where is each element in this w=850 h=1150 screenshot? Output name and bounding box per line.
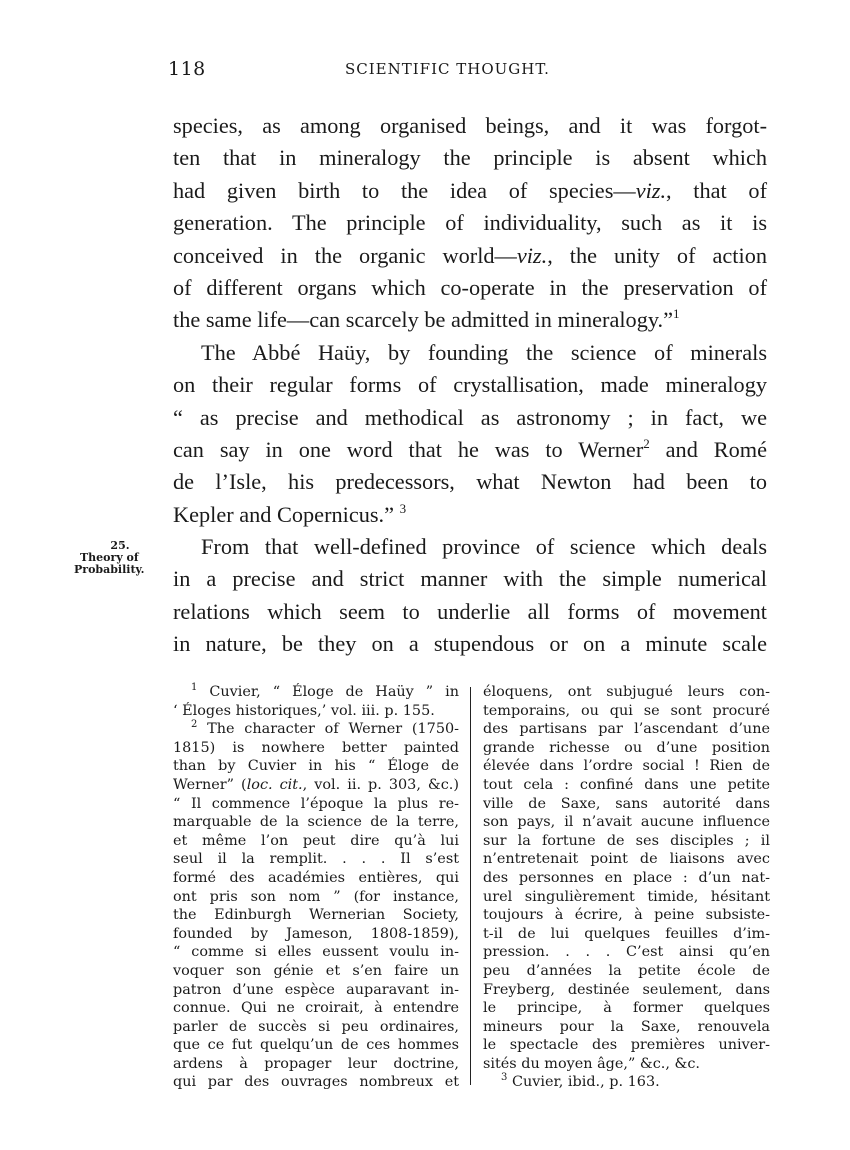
footnote-line: than by Cuvier in his “ Éloge de	[173, 757, 459, 776]
footnote-line: son pays, il n’avait aucune influence	[483, 813, 770, 832]
footnote-line: Werner” (loc. cit., vol. ii. p. 303, &c.…	[173, 776, 459, 795]
footnote-line: seul il la remplit. . . . Il s’est	[173, 850, 459, 869]
marginal-note: 25. Theory of Probability.	[70, 540, 170, 576]
footnote-line: pression. . . . C’est ainsi qu’en	[483, 943, 770, 962]
footnote-line: urel singulièrement timide, hésitant	[483, 888, 770, 907]
footnote-line: ‘ Éloges historiques,’ vol. iii. p. 155.	[173, 702, 459, 721]
text-line: Kepler and Copernicus.” 3	[173, 499, 767, 531]
footnote-line: 3 Cuvier, ibid., p. 163.	[483, 1073, 770, 1092]
text-line: conceived in the organic world—viz., the…	[173, 240, 767, 272]
text-line: generation. The principle of individuali…	[173, 207, 767, 239]
footnotes-right-column: éloquens, ont subjugué leurs con- tempor…	[483, 683, 770, 1092]
footnote-line: voquer son génie et s’en faire un	[173, 962, 459, 981]
text-line: From that well-defined province of scien…	[173, 531, 767, 563]
footnote-line: temporains, ou qui se sont procuré	[483, 702, 770, 721]
footnote-line: ont pris son nom ” (for instance,	[173, 888, 459, 907]
footnote-line: Freyberg, destinée seulement, dans	[483, 981, 770, 1000]
footnote-line: ville de Saxe, sans autorité dans	[483, 795, 770, 814]
text-line: species, as among organised beings, and …	[173, 110, 767, 142]
text-line: The Abbé Haüy, by founding the science o…	[173, 337, 767, 369]
text-line: in a precise and strict manner with the …	[173, 563, 767, 595]
text-line: had given birth to the idea of species—v…	[173, 175, 767, 207]
footnote-line: the Edinburgh Wernerian Society,	[173, 906, 459, 925]
main-text: species, as among organised beings, and …	[173, 110, 767, 661]
column-divider	[470, 687, 471, 1085]
text-line: relations which seem to underlie all for…	[173, 596, 767, 628]
footnote-line: connue. Qui ne croirait, à entendre	[173, 999, 459, 1018]
footnote-line: des personnes en place : d’un nat-	[483, 869, 770, 888]
footnote-line: sités du moyen âge,” &c., &c.	[483, 1055, 770, 1074]
footnote-line: des partisans par l’ascendant d’une	[483, 720, 770, 739]
footnote-line: formé des académies entières, qui	[173, 869, 459, 888]
footnote-line: qui par des ouvrages nombreux et	[173, 1073, 459, 1092]
text-line: in nature, be they on a stupendous or on…	[173, 628, 767, 660]
footnote-line: 1 Cuvier, “ Éloge de Haüy ” in	[173, 683, 459, 702]
footnote-line: tout cela : confiné dans une petite	[483, 776, 770, 795]
footnote-line: “ comme si elles eussent voulu in-	[173, 943, 459, 962]
footnote-ref-1[interactable]: 1	[673, 306, 680, 321]
footnote-line: mineurs pour la Saxe, renouvela	[483, 1018, 770, 1037]
footnote-line: le spectacle des premières univer-	[483, 1036, 770, 1055]
footnote-line: élevée dans l’ordre social ! Rien de	[483, 757, 770, 776]
footnote-line: patron d’une espèce auparavant in-	[173, 981, 459, 1000]
footnote-line: “ Il commence l’époque la plus re-	[173, 795, 459, 814]
footnote-line: sur la fortune de ses disciples ; il	[483, 832, 770, 851]
footnote-line: 2 The character of Werner (1750-	[173, 720, 459, 739]
text-line: of different organs which co-operate in …	[173, 272, 767, 304]
footnote-line: marquable de la science de la terre,	[173, 813, 459, 832]
text-line: ten that in mineralogy the principle is …	[173, 142, 767, 174]
footnote-line: que ce fut quelqu’un de ces hommes	[173, 1036, 459, 1055]
footnote-line: parler de succès si peu ordinaires,	[173, 1018, 459, 1037]
text-line: can say in one word that he was to Werne…	[173, 434, 767, 466]
footnote-ref-3[interactable]: 3	[400, 501, 407, 516]
footnote-line: éloquens, ont subjugué leurs con-	[483, 683, 770, 702]
text-line: the same life—can scarcely be admitted i…	[173, 304, 767, 336]
footnote-line: toujours à écrire, à peine subsiste-	[483, 906, 770, 925]
footnote-line: et même l’on peut dire qu’à lui	[173, 832, 459, 851]
text-line: de l’Isle, his predecessors, what Newton…	[173, 466, 767, 498]
footnote-line: 1815) is nowhere better painted	[173, 739, 459, 758]
footnote-line: grande richesse ou d’une position	[483, 739, 770, 758]
text-line: “ as precise and methodical as astronomy…	[173, 402, 767, 434]
footnote-line: t-il de lui quelques feuilles d’im-	[483, 925, 770, 944]
text-line: on their regular forms of crystallisatio…	[173, 369, 767, 401]
footnote-line: founded by Jameson, 1808-1859),	[173, 925, 459, 944]
footnote-line: n’entretenait point de liaisons avec	[483, 850, 770, 869]
running-title: SCIENTIFIC THOUGHT.	[345, 60, 550, 78]
section-title-line-2: Probability.	[70, 564, 170, 576]
page-number: 118	[168, 58, 206, 80]
footnotes-left-column: 1 Cuvier, “ Éloge de Haüy ” in ‘ Éloges …	[173, 683, 459, 1092]
footnote-line: peu d’années la petite école de	[483, 962, 770, 981]
footnote-line: le principe, à former quelques	[483, 999, 770, 1018]
footnote-line: ardens à propager leur doctrine,	[173, 1055, 459, 1074]
